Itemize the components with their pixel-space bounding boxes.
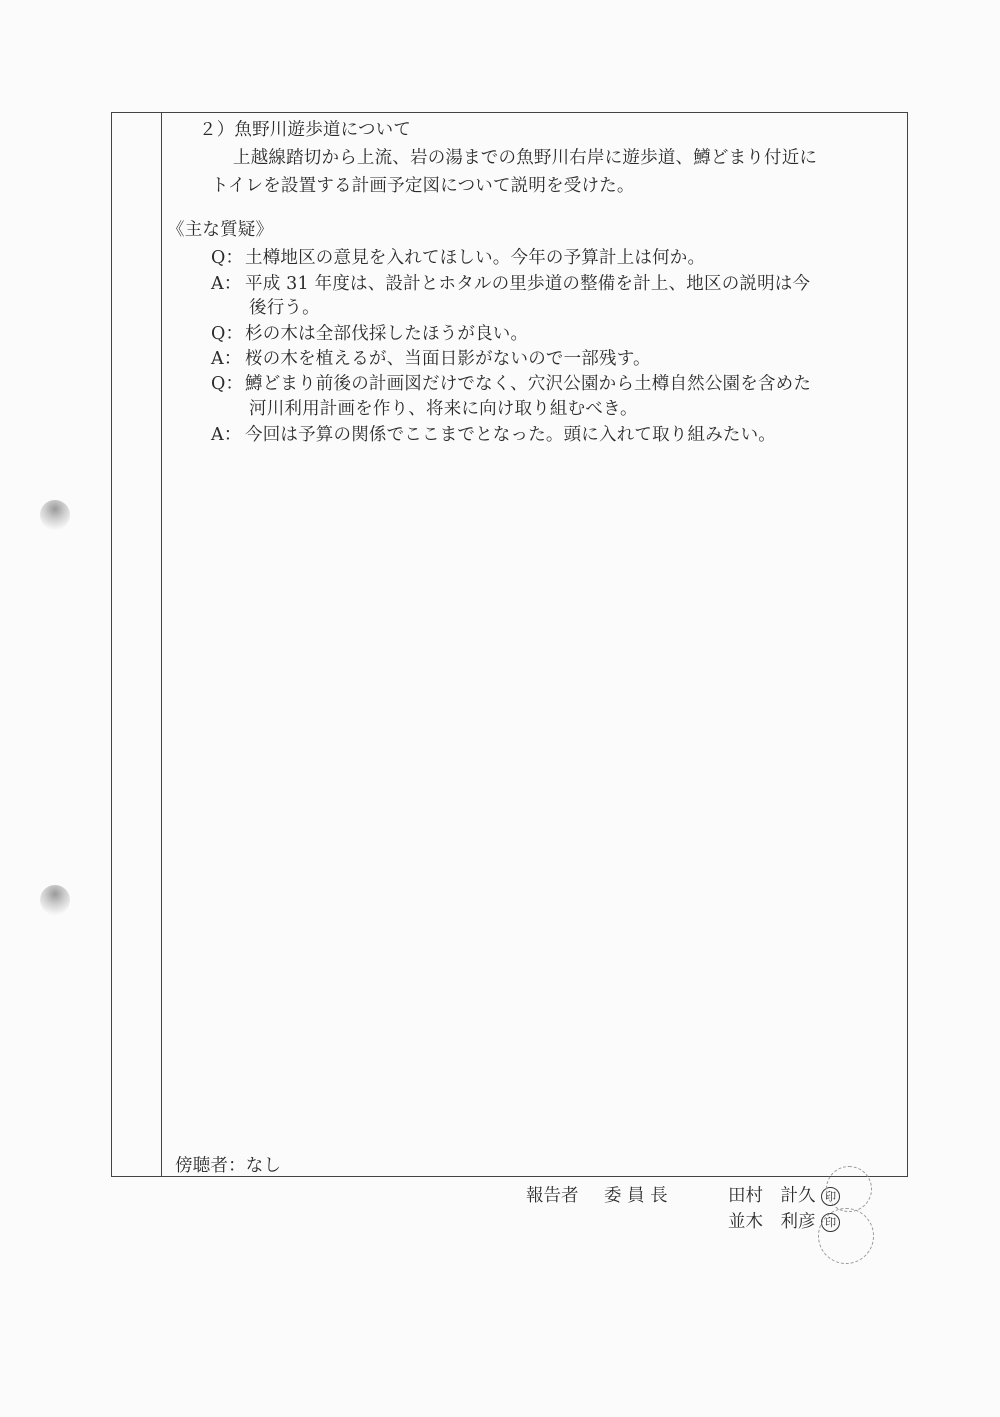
name-text: 田村 計久 — [728, 1186, 816, 1206]
round-stamp-icon — [818, 1208, 874, 1264]
reporter-name-1: 田村 計久 印 — [728, 1182, 840, 1207]
qa-item: A：桜の木を植えるが、当面日影がないので一部残す。 — [211, 345, 651, 370]
qa-text: 杉の木は全部伐採したほうが良い。 — [245, 324, 528, 344]
answer-label: A： — [211, 345, 245, 370]
reporter-role: 委 員 長 — [604, 1182, 668, 1207]
section-body-line-2: トイレを設置する計画予定図について説明を受けた。 — [211, 172, 635, 197]
answer-label: A： — [211, 421, 245, 446]
section-body-line-1: 上越線踏切から上流、岩の湯までの魚野川右岸に遊歩道、鱒どまり付近に — [233, 144, 817, 169]
qa-text: 土樽地区の意見を入れてほしい。今年の予算計上は何か。 — [245, 248, 705, 268]
qa-item: Q：杉の木は全部伐採したほうが良い。 — [211, 320, 528, 345]
qa-item: A：平成 31 年度は、設計とホタルの里歩道の整備を計上、地区の説明は今 — [211, 270, 810, 295]
answer-label: A： — [211, 270, 245, 295]
qa-item: Q：鱒どまり前後の計画図だけでなく、穴沢公園から土樽自然公園を含めた — [211, 370, 811, 395]
observers-note: 傍聴者：なし — [175, 1152, 281, 1177]
qa-item: Q：土樽地区の意見を入れてほしい。今年の予算計上は何か。 — [211, 244, 705, 269]
question-label: Q： — [211, 244, 245, 269]
section-heading: ２）魚野川遊歩道について — [199, 116, 411, 141]
qa-text: 鱒どまり前後の計画図だけでなく、穴沢公園から土樽自然公園を含めた — [245, 374, 811, 394]
frame-divider — [161, 113, 162, 1176]
punch-hole-top — [40, 500, 70, 530]
qa-text: 平成 31 年度は、設計とホタルの里歩道の整備を計上、地区の説明は今 — [245, 274, 810, 294]
qa-heading: 《主な質疑》 — [167, 216, 273, 241]
qa-item: A：今回は予算の関係でここまでとなった。頭に入れて取り組みたい。 — [211, 421, 776, 446]
qa-text-continuation: 後行う。 — [249, 294, 320, 319]
reporter-label: 報告者 — [526, 1182, 579, 1207]
qa-text: 今回は予算の関係でここまでとなった。頭に入れて取り組みたい。 — [245, 425, 776, 445]
punch-hole-bottom — [40, 885, 70, 915]
qa-text: 桜の木を植えるが、当面日影がないので一部残す。 — [245, 349, 651, 369]
round-stamp-icon — [826, 1166, 872, 1212]
question-label: Q： — [211, 370, 245, 395]
name-text: 並木 利彦 — [728, 1212, 816, 1232]
question-label: Q： — [211, 320, 245, 345]
qa-text-continuation: 河川利用計画を作り、将来に向け取り組むべき。 — [249, 395, 638, 420]
